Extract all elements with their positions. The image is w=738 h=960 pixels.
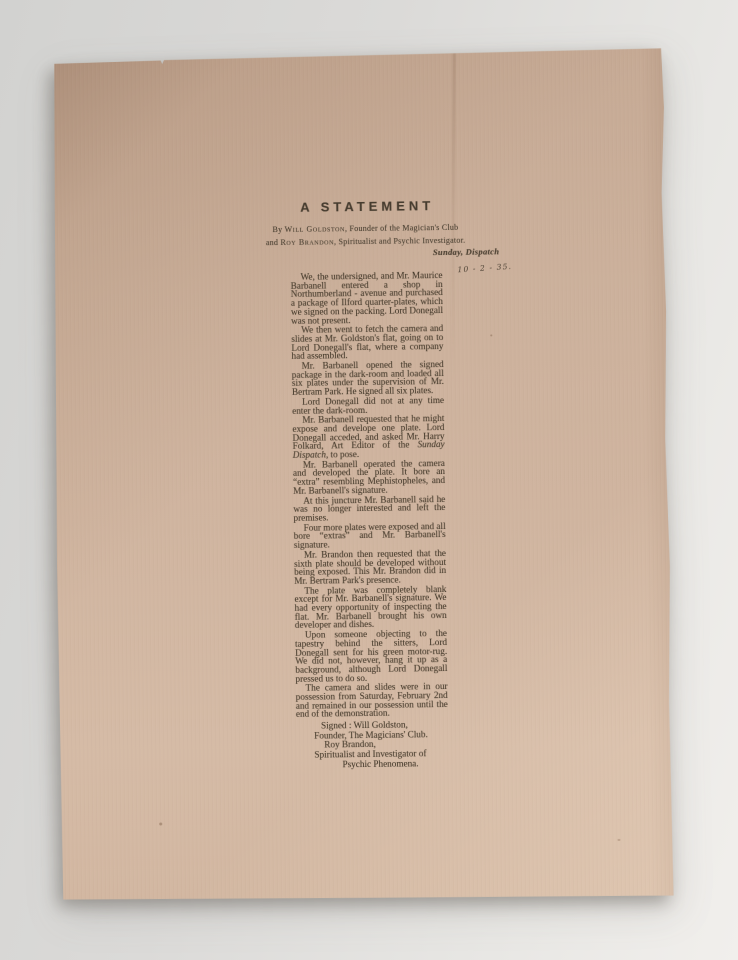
body-paragraph: Mr. Barbanell operated the camera and de… [293,459,445,496]
body-paragraph: We, the undersigned, and Mr. Maurice Bar… [291,271,444,325]
body-paragraph: At this juncture Mr. Barbanell said he w… [293,495,445,523]
paper-surface: A STATEMENT By Will Goldston, Founder of… [51,48,674,904]
statement-paragraphs: We, the undersigned, and Mr. Maurice Bar… [291,271,448,719]
paper-speck [617,839,620,841]
body-paragraph: Lord Donegall did not at any time enter … [292,396,444,415]
body-paragraph: Mr. Brandon then requested that the sixt… [294,549,446,586]
body-paragraph: We then went to fetch the camera and sli… [291,324,443,361]
body-paragraph: The camera and slides were in our posses… [296,682,448,719]
body-paragraph: Mr. Barbanell opened the signed package … [292,360,444,397]
body-paragraph: The plate was completely blank except fo… [294,585,447,630]
document-title: A STATEMENT [61,197,674,216]
body-paragraph: Mr. Barbanell requested that he might ex… [292,414,445,459]
paper-speck [490,334,492,336]
statement-body: We, the undersigned, and Mr. Maurice Bar… [291,271,449,770]
photo-background: A STATEMENT By Will Goldston, Founder of… [0,0,738,960]
document-paper: A STATEMENT By Will Goldston, Founder of… [51,48,674,904]
signature-line: Psychic Phenomena. [296,759,448,770]
paper-speck [159,822,162,825]
dateline: Sunday, Dispatch [433,246,499,258]
body-paragraph: Four more plates were exposed and all bo… [294,522,446,550]
paper-crease [451,53,456,383]
handwritten-date: 10 - 2 - 35. [458,262,513,276]
dateline-block: Sunday, Dispatch 10 - 2 - 35. [433,246,500,276]
signature-block: Signed : Will Goldston,Founder, The Magi… [296,720,449,770]
body-paragraph: Upon someone objecting to the tapestry b… [295,629,448,683]
document-byline: By Will Goldston, Founder of the Magicia… [59,219,672,252]
